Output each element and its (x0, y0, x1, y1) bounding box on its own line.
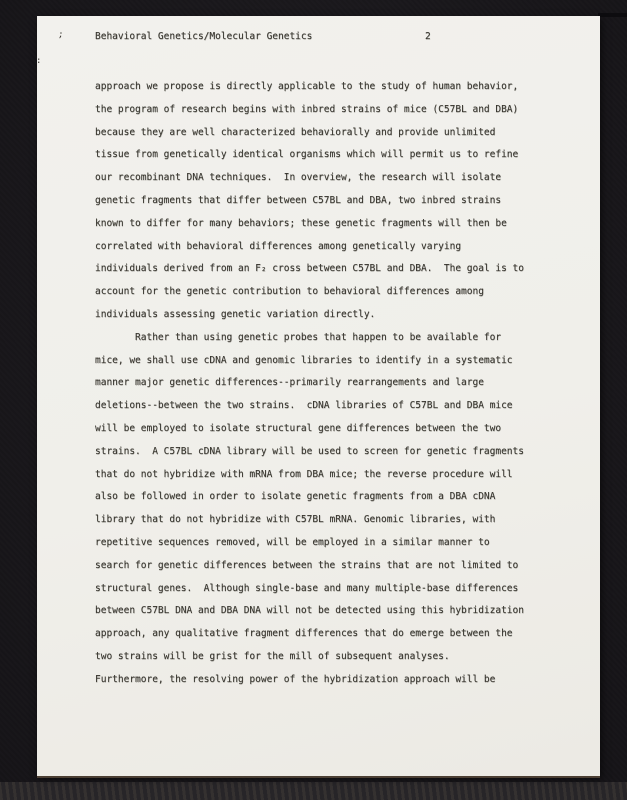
document-line: search for genetic differences between t… (95, 555, 587, 578)
document-line: approach, any qualitative fragment diffe… (95, 623, 587, 646)
scan-seam (598, 13, 627, 17)
document-line: manner major genetic differences--primar… (95, 372, 587, 395)
document-line: structural genes. Although single-base a… (95, 578, 587, 601)
document-line: tissue from genetically identical organi… (95, 144, 587, 167)
document-line: that do not hybridize with mRNA from DBA… (95, 464, 587, 487)
document-line: individuals derived from an F₂ cross bet… (95, 258, 587, 281)
document-line: correlated with behavioral differences a… (95, 236, 587, 259)
document-line: Furthermore, the resolving power of the … (95, 669, 587, 692)
ink-mark-top: ; (57, 30, 63, 41)
document-line: because they are well characterized beha… (95, 122, 587, 145)
page-number: 2 (425, 31, 431, 42)
document-line: deletions--between the two strains. cDNA… (95, 395, 587, 418)
document-line: will be employed to isolate structural g… (95, 418, 587, 441)
document-line: mice, we shall use cDNA and genomic libr… (95, 350, 587, 373)
document-line: the program of research begins with inbr… (95, 99, 587, 122)
document-line: account for the genetic contribution to … (95, 281, 587, 304)
ink-mark-left: : (36, 56, 40, 66)
document-line: Rather than using genetic probes that ha… (95, 327, 587, 350)
document-page: ; : Behavioral Genetics/Molecular Geneti… (37, 16, 600, 776)
document-line: genetic fragments that differ between C5… (95, 190, 587, 213)
document-line: also be followed in order to isolate gen… (95, 486, 587, 509)
document-line: strains. A C57BL cDNA library will be us… (95, 441, 587, 464)
scanner-edge-strip (0, 782, 627, 800)
document-body: approach we propose is directly applicab… (95, 76, 587, 692)
document-line: library that do not hybridize with C57BL… (95, 509, 587, 532)
document-line: between C57BL DNA and DBA DNA will not b… (95, 600, 587, 623)
document-line: individuals assessing genetic variation … (95, 304, 587, 327)
document-line: two strains will be grist for the mill o… (95, 646, 587, 669)
page-title: Behavioral Genetics/Molecular Genetics (95, 31, 312, 42)
document-line: known to differ for many behaviors; thes… (95, 213, 587, 236)
document-line: approach we propose is directly applicab… (95, 76, 587, 99)
document-line: repetitive sequences removed, will be em… (95, 532, 587, 555)
document-line: our recombinant DNA techniques. In overv… (95, 167, 587, 190)
